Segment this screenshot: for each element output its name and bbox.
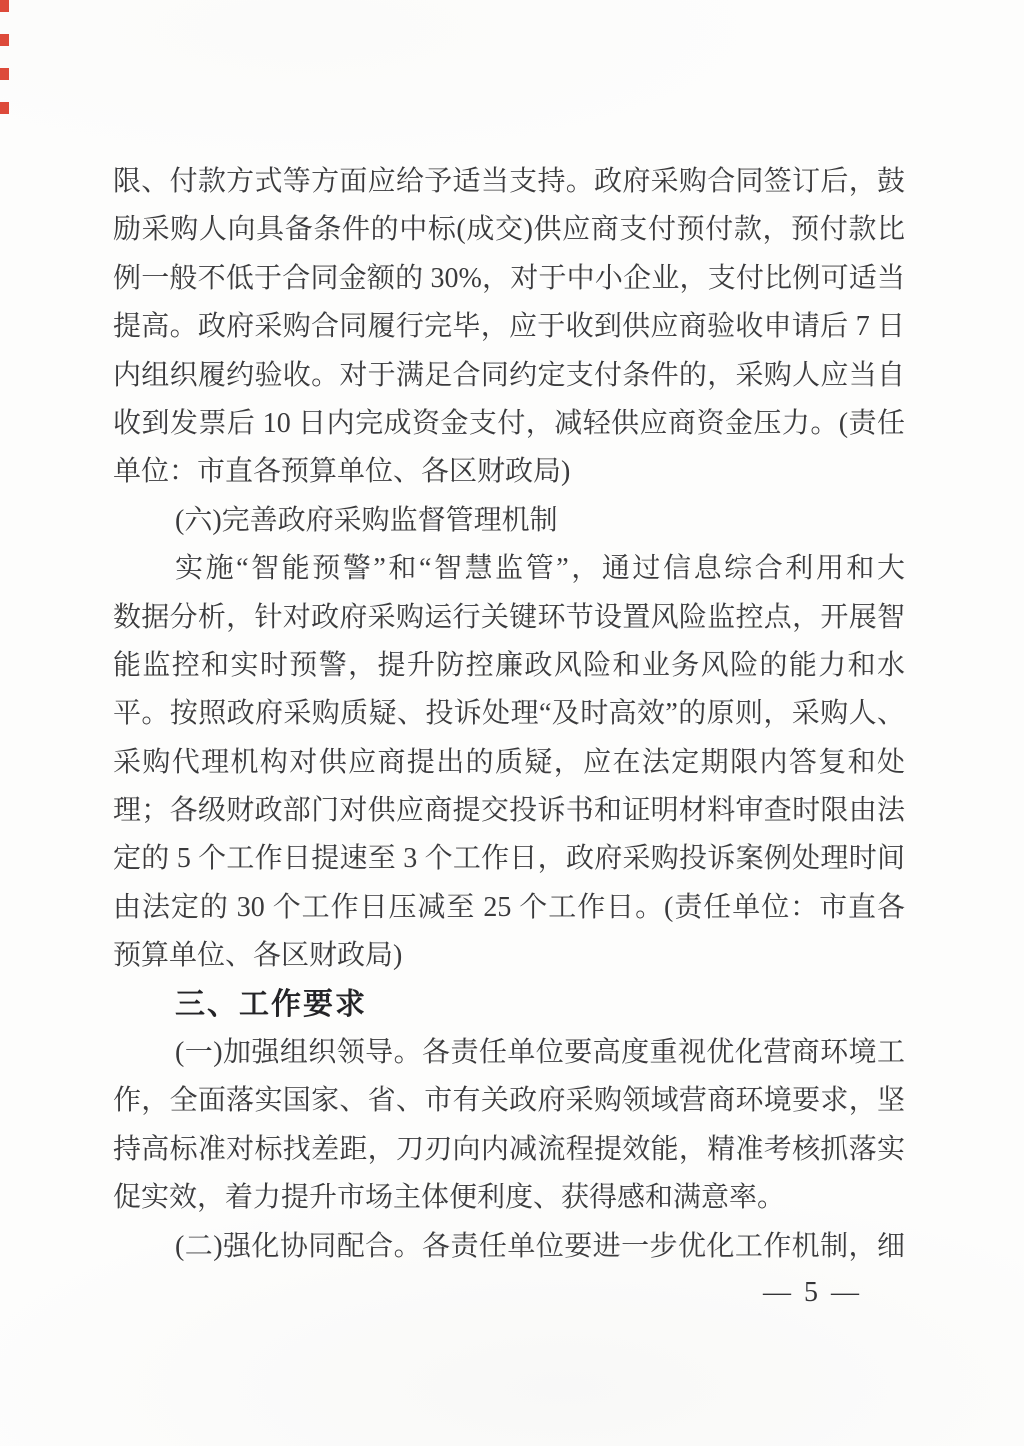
red-edge-mark [0, 68, 9, 80]
text-line: 由法定的 30 个工作日压减至 25 个工作日。(责任单位：市直各 [113, 884, 905, 932]
text-line: (六)完善政府采购监督管理机制 [113, 497, 905, 545]
text-line: 理；各级财政部门对供应商提交投诉书和证明材料审查时限由法 [113, 787, 905, 835]
document-page: 限、付款方式等方面应给予适当支持。政府采购合同签订后，鼓励采购人向具备条件的中标… [0, 0, 1024, 1446]
text-line: 采购代理机构对供应商提出的质疑，应在法定期限内答复和处 [113, 739, 905, 787]
red-edge-mark [0, 102, 9, 114]
text-line: 数据分析，针对政府采购运行关键环节设置风险监控点，开展智 [113, 594, 905, 642]
section-heading: 三、工作要求 [113, 981, 905, 1029]
text-line: 作，全面落实国家、省、市有关政府采购领域营商环境要求，坚 [113, 1077, 905, 1125]
text-line: 收到发票后 10 日内完成资金支付，减轻供应商资金压力。(责任 [113, 400, 905, 448]
text-line: 内组织履约验收。对于满足合同约定支付条件的，采购人应当自 [113, 352, 905, 400]
text-line: 预算单位、各区财政局) [113, 932, 905, 980]
page-number: — 5 — [763, 1277, 862, 1309]
text-line: 例一般不低于合同金额的 30%，对于中小企业，支付比例可适当 [113, 255, 905, 303]
text-line: 持高标准对标找差距，刀刃向内减流程提效能，精准考核抓落实 [113, 1126, 905, 1174]
red-edge-mark [0, 0, 9, 12]
text-line: 能监控和实时预警，提升防控廉政风险和业务风险的能力和水 [113, 642, 905, 690]
text-line: (一)加强组织领导。各责任单位要高度重视优化营商环境工 [113, 1029, 905, 1077]
document-body: 限、付款方式等方面应给予适当支持。政府采购合同签订后，鼓励采购人向具备条件的中标… [113, 158, 905, 1271]
text-line: (二)强化协同配合。各责任单位要进一步优化工作机制，细 [113, 1223, 905, 1271]
red-edge-mark [0, 34, 9, 46]
text-line: 定的 5 个工作日提速至 3 个工作日，政府采购投诉案例处理时间 [113, 835, 905, 883]
text-line: 实施“智能预警”和“智慧监管”，通过信息综合利用和大 [113, 545, 905, 593]
text-line: 提高。政府采购合同履行完毕，应于收到供应商验收申请后 7 日 [113, 303, 905, 351]
text-line: 平。按照政府采购质疑、投诉处理“及时高效”的原则，采购人、 [113, 690, 905, 738]
text-line: 励采购人向具备条件的中标(成交)供应商支付预付款，预付款比 [113, 206, 905, 254]
text-line: 限、付款方式等方面应给予适当支持。政府采购合同签订后，鼓 [113, 158, 905, 206]
text-line: 促实效，着力提升市场主体便利度、获得感和满意率。 [113, 1174, 905, 1222]
text-line: 单位：市直各预算单位、各区财政局) [113, 448, 905, 496]
